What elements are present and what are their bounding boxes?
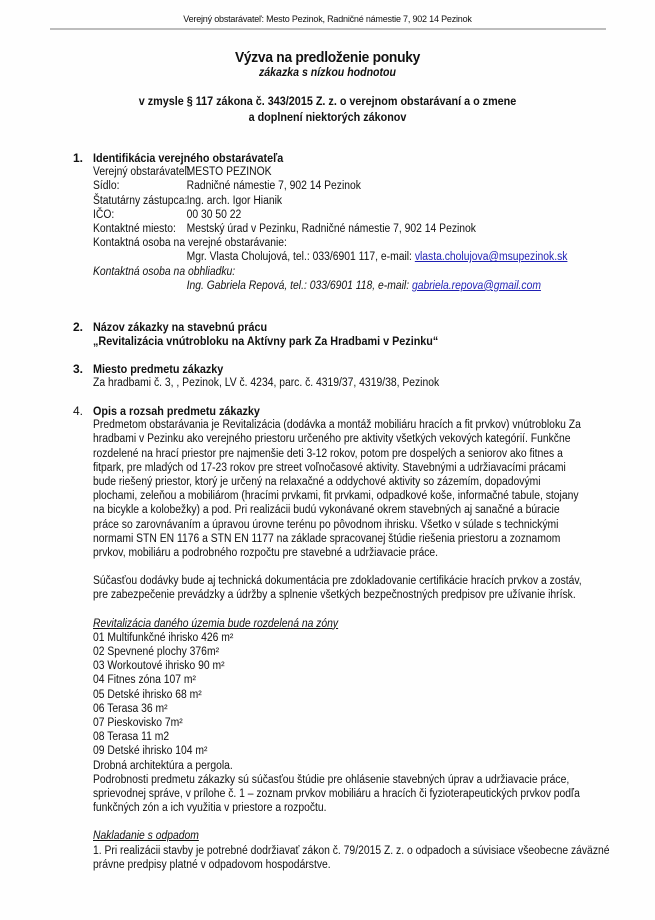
legal-line-1: v zmysle § 117 zákona č. 343/2015 Z. z. … <box>33 93 623 109</box>
zone-item: 03 Workoutové ihrisko 90 m² <box>93 659 552 673</box>
zone-item: 05 Detské ihrisko 68 m² <box>93 688 552 702</box>
section-title: Opis a rozsah predmetu zákazky <box>93 404 552 418</box>
section-title: Názov zákazky na stavebnú prácu <box>93 320 552 334</box>
section-title: Identifikácia verejného obstarávateľa <box>93 151 552 165</box>
contract-location: Za hradbami č. 3, , Pezinok, LV č. 4234,… <box>93 376 552 390</box>
field-row: IČO:00 30 50 22 <box>93 208 552 222</box>
email-link-inspection[interactable]: gabriela.repova@gmail.com <box>412 280 541 292</box>
header-rule <box>50 28 606 30</box>
description-paragraph: Predmetom obstarávania je Revitalizácia … <box>93 418 603 560</box>
section-title: Miesto predmetu zákazky <box>93 362 552 376</box>
section-number: 2. <box>73 320 83 334</box>
zone-item: 02 Spevnené plochy 376m² <box>93 645 552 659</box>
section-number: 1. <box>73 151 83 165</box>
zones-list: Revitalizácia daného územia bude rozdele… <box>93 617 603 773</box>
zones-heading: Revitalizácia daného územia bude rozdele… <box>93 617 552 631</box>
documentation-paragraph: Súčasťou dodávky bude aj technická dokum… <box>93 574 603 602</box>
document-subtitle: zákazka s nízkou hodnotou <box>26 67 629 79</box>
field-row: Štatutárny zástupca:Ing. arch. Igor Hian… <box>93 194 552 208</box>
page-header: Verejný obstarávateľ: Mesto Pezinok, Rad… <box>0 14 655 24</box>
contact-procurement-label: Kontaktná osoba na verejné obstarávanie: <box>93 236 552 250</box>
email-link-procurement[interactable]: vlasta.cholujova@msupezinok.sk <box>415 251 568 263</box>
field-row: Verejný obstarávateľ:MESTO PEZINOK <box>93 165 552 179</box>
legal-line-2: a doplnení niektorých zákonov <box>33 109 623 125</box>
section-number: 4. <box>73 404 83 418</box>
waste-section: Nakladanie s odpadom 1. Pri realizácii s… <box>93 829 603 872</box>
contact-procurement: Mgr. Vlasta Cholujová, tel.: 033/6901 11… <box>93 250 552 264</box>
title-block: Výzva na predloženie ponuky zákazka s ní… <box>0 49 655 125</box>
legal-basis: v zmysle § 117 zákona č. 343/2015 Z. z. … <box>33 93 623 125</box>
section-number: 3. <box>73 362 83 376</box>
document-title: Výzva na predloženie ponuky <box>26 49 629 66</box>
field-row: Sídlo:Radničné námestie 7, 902 14 Pezino… <box>93 179 552 193</box>
zone-item: 08 Terasa 11 m2 <box>93 730 552 744</box>
zones-note: Drobná architektúra a pergola. <box>93 759 552 773</box>
zone-item: 01 Multifunkčné ihrisko 426 m² <box>93 631 552 645</box>
zone-item: 06 Terasa 36 m² <box>93 702 552 716</box>
contact-inspection: Ing. Gabriela Repová, tel.: 033/6901 118… <box>93 279 552 293</box>
contact-inspection-label: Kontaktná osoba na obhliadku: <box>93 265 552 279</box>
zone-item: 09 Detské ihrisko 104 m² <box>93 744 552 758</box>
contract-name: „Revitalizácia vnútrobloku na Aktívny pa… <box>93 334 552 348</box>
zone-item: 04 Fitnes zóna 107 m² <box>93 673 552 687</box>
zone-item: 07 Pieskovisko 7m² <box>93 716 552 730</box>
waste-heading: Nakladanie s odpadom <box>93 829 552 843</box>
details-paragraph: Podrobnosti predmetu zákazky sú súčasťou… <box>93 773 603 816</box>
field-row: Kontaktné miesto:Mestský úrad v Pezinku,… <box>93 222 552 236</box>
